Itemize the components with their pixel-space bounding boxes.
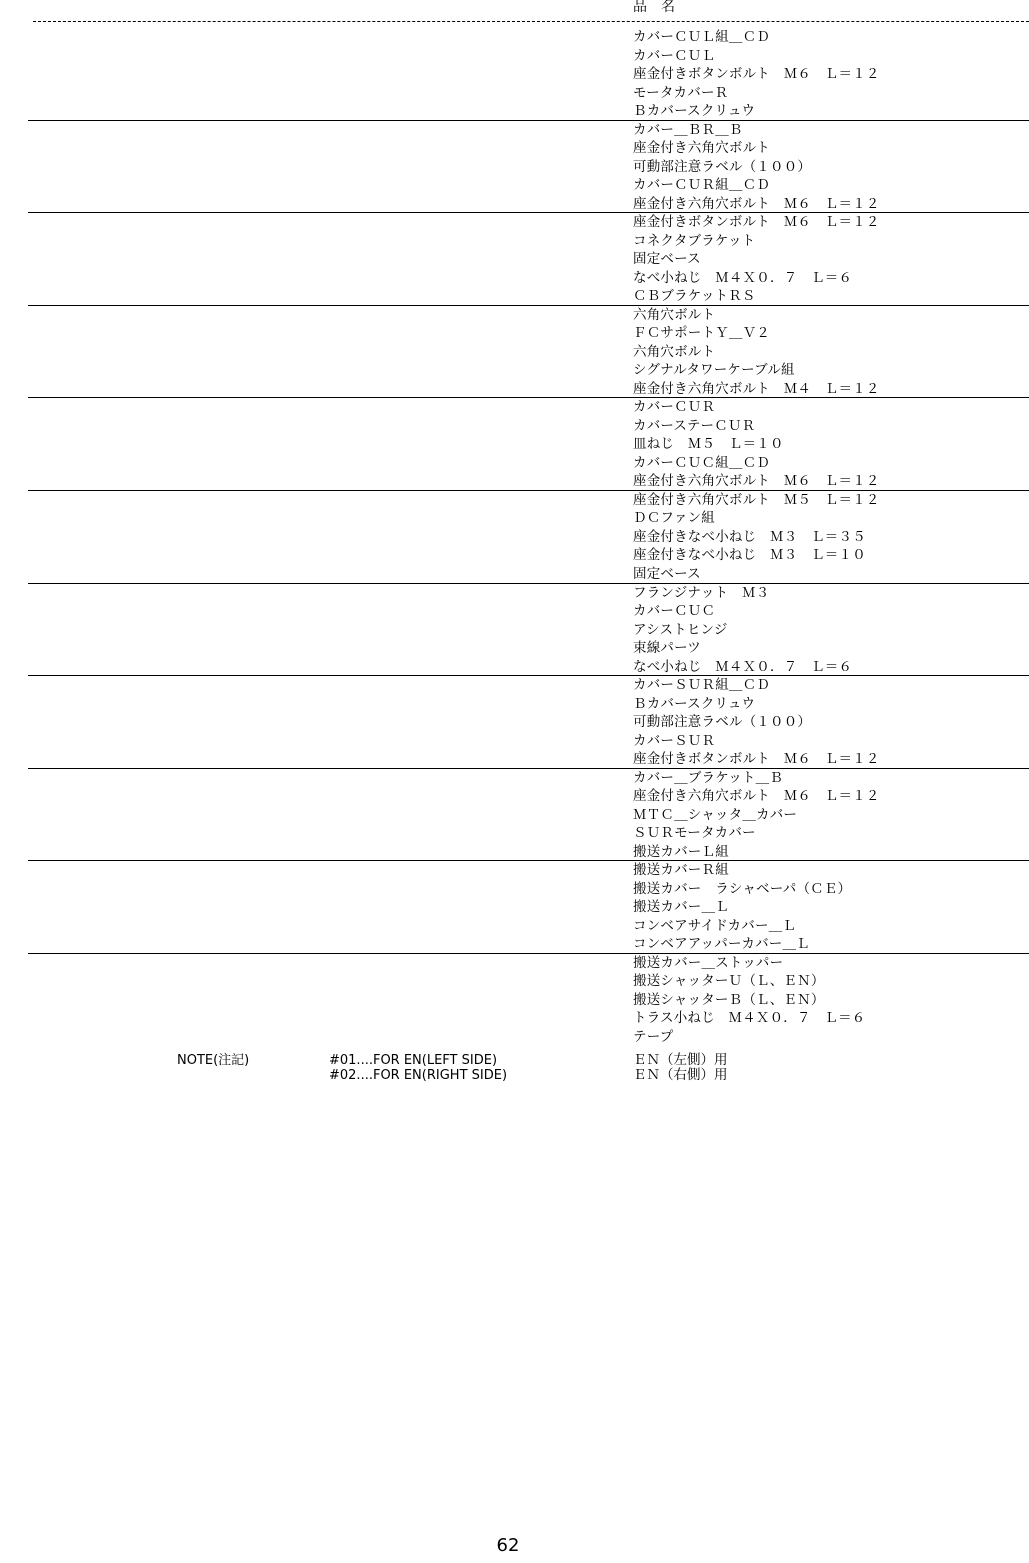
- part-name: Ｂカバースクリュウ: [633, 102, 755, 121]
- page-number: 62: [0, 1535, 1016, 1557]
- parts-group: 座金付き六角穴ボルト Ｍ５ Ｌ＝１２ ＤＣファン組 座金付きなべ小ねじ Ｍ３ Ｌ…: [0, 491, 1029, 584]
- part-name: 搬送カバーＬ組: [633, 843, 729, 862]
- part-name: 搬送カバー＿ストッパー: [633, 954, 783, 973]
- column-header-part-name: 品 名: [633, 0, 675, 16]
- parts-group: カバー＿ＢＲ＿Ｂ 座金付き六角穴ボルト 可動部注意ラベル（１００） カバーＣＵＲ…: [0, 121, 1029, 214]
- note-ja-01: ＥＮ（左側）用: [633, 1053, 728, 1068]
- part-name: 座金付きボタンボルト Ｍ６ Ｌ＝１２: [633, 750, 880, 769]
- parts-group: 搬送カバーＲ組 搬送カバー ラシャベーパ（ＣＥ） 搬送カバー＿Ｌ コンベアサイド…: [0, 861, 1029, 954]
- parts-group: カバーＳＵＲ組＿ＣＤ Ｂカバースクリュウ 可動部注意ラベル（１００） カバーＳＵ…: [0, 676, 1029, 769]
- part-name: カバーＣＵＣ: [633, 602, 715, 621]
- part-name: 座金付きなべ小ねじ Ｍ３ Ｌ＝１０: [633, 546, 866, 565]
- part-name: カバーステーＣＵＲ: [633, 417, 755, 436]
- part-name: ＣＢブラケットＲＳ: [633, 287, 756, 306]
- part-name: 可動部注意ラベル（１００）: [633, 713, 811, 732]
- part-name: 六角穴ボルト: [633, 343, 715, 362]
- part-name: 座金付きなべ小ねじ Ｍ３ Ｌ＝３５: [633, 528, 866, 547]
- parts-group: 座金付きボタンボルト Ｍ６ Ｌ＝１２ コネクタブラケット 固定ベース なべ小ねじ…: [0, 213, 1029, 306]
- note-label: NOTE(注記): [177, 1053, 249, 1068]
- parts-group: フランジナット Ｍ３ カバーＣＵＣ アシストヒンジ 束線パーツ なべ小ねじ Ｍ４…: [0, 584, 1029, 677]
- part-name: 搬送カバー ラシャベーパ（ＣＥ）: [633, 880, 851, 899]
- part-name: 皿ねじ Ｍ５ Ｌ＝１０: [633, 435, 784, 454]
- parts-group: 六角穴ボルト ＦＣサポートＹ＿Ｖ２ 六角穴ボルト シグナルタワーケーブル組 座金…: [0, 306, 1029, 399]
- parts-group: カバー＿ブラケット＿Ｂ 座金付き六角穴ボルト Ｍ６ Ｌ＝１２ ＭＴＣ＿シャッタ＿…: [0, 769, 1029, 862]
- part-name: 座金付き六角穴ボルト: [633, 139, 770, 158]
- part-name: ＦＣサポートＹ＿Ｖ２: [633, 324, 770, 343]
- part-name: 座金付き六角穴ボルト Ｍ６ Ｌ＝１２: [633, 472, 880, 491]
- part-name: コネクタブラケット: [633, 232, 755, 251]
- part-name: コンベアアッパーカバー＿Ｌ: [633, 935, 810, 954]
- part-name: モータカバーＲ: [633, 84, 728, 103]
- part-name: 座金付きボタンボルト Ｍ６ Ｌ＝１２: [633, 65, 880, 84]
- part-name: 座金付き六角穴ボルト Ｍ５ Ｌ＝１２: [633, 491, 880, 510]
- parts-list: カバーＣＵＬ組＿ＣＤ カバーＣＵＬ 座金付きボタンボルト Ｍ６ Ｌ＝１２ モータ…: [0, 28, 1029, 1047]
- part-name: Ｂカバースクリュウ: [633, 695, 755, 714]
- part-name: カバーＣＵＬ: [633, 47, 715, 66]
- part-name: ＭＴＣ＿シャッタ＿カバー: [633, 806, 797, 825]
- parts-group: カバーＣＵＲ カバーステーＣＵＲ 皿ねじ Ｍ５ Ｌ＝１０ カバーＣＵＣ組＿ＣＤ …: [0, 398, 1029, 491]
- part-name: なべ小ねじ Ｍ４Ｘ０．７ Ｌ＝６: [633, 658, 852, 677]
- header-dashed-divider: [33, 21, 1029, 22]
- part-name: カバーＳＵＲ: [633, 732, 715, 751]
- part-name: カバーＣＵＣ組＿ＣＤ: [633, 454, 770, 473]
- parts-group: カバーＣＵＬ組＿ＣＤ カバーＣＵＬ 座金付きボタンボルト Ｍ６ Ｌ＝１２ モータ…: [0, 28, 1029, 121]
- part-name: 座金付き六角穴ボルト Ｍ４ Ｌ＝１２: [633, 380, 880, 399]
- part-name: フランジナット Ｍ３: [633, 584, 769, 603]
- part-name: カバーＣＵＲ: [633, 398, 715, 417]
- parts-group: 搬送カバー＿ストッパー 搬送シャッターＵ（Ｌ、ＥＮ） 搬送シャッターＢ（Ｌ、ＥＮ…: [0, 954, 1029, 1047]
- part-name: 座金付き六角穴ボルト Ｍ６ Ｌ＝１２: [633, 787, 880, 806]
- part-name: ＳＵＲモータカバー: [633, 824, 756, 843]
- part-name: 固定ベース: [633, 565, 701, 584]
- part-name: 六角穴ボルト: [633, 306, 715, 325]
- part-name: アシストヒンジ: [633, 621, 728, 640]
- part-name: テープ: [633, 1028, 673, 1047]
- part-name: シグナルタワーケーブル組: [633, 361, 795, 380]
- part-name: コンベアサイドカバー＿Ｌ: [633, 917, 796, 936]
- part-name: トラス小ねじ Ｍ４Ｘ０．７ Ｌ＝６: [633, 1009, 866, 1028]
- part-name: 搬送シャッターＢ（Ｌ、ＥＮ）: [633, 991, 825, 1010]
- part-name: カバーＣＵＲ組＿ＣＤ: [633, 176, 770, 195]
- part-name: なべ小ねじ Ｍ４Ｘ０．７ Ｌ＝６: [633, 269, 852, 288]
- part-name: 座金付きボタンボルト Ｍ６ Ｌ＝１２: [633, 213, 880, 232]
- part-name: 搬送カバー＿Ｌ: [633, 898, 729, 917]
- part-name: 固定ベース: [633, 250, 701, 269]
- part-name: カバー＿ＢＲ＿Ｂ: [633, 121, 743, 140]
- part-name: 束線パーツ: [633, 639, 701, 658]
- note-code-01: #01....FOR EN(LEFT SIDE): [329, 1053, 497, 1068]
- part-name: カバーＣＵＬ組＿ＣＤ: [633, 28, 770, 47]
- part-name: ＤＣファン組: [633, 509, 715, 528]
- note-ja-02: ＥＮ（右側）用: [633, 1068, 728, 1083]
- part-name: 座金付き六角穴ボルト Ｍ６ Ｌ＝１２: [633, 195, 880, 214]
- part-name: 搬送カバーＲ組: [633, 861, 729, 880]
- part-name: カバーＳＵＲ組＿ＣＤ: [633, 676, 770, 695]
- part-name: 可動部注意ラベル（１００）: [633, 158, 811, 177]
- note-code-02: #02....FOR EN(RIGHT SIDE): [329, 1068, 507, 1083]
- part-name: カバー＿ブラケット＿Ｂ: [633, 769, 783, 788]
- part-name: 搬送シャッターＵ（Ｌ、ＥＮ）: [633, 972, 825, 991]
